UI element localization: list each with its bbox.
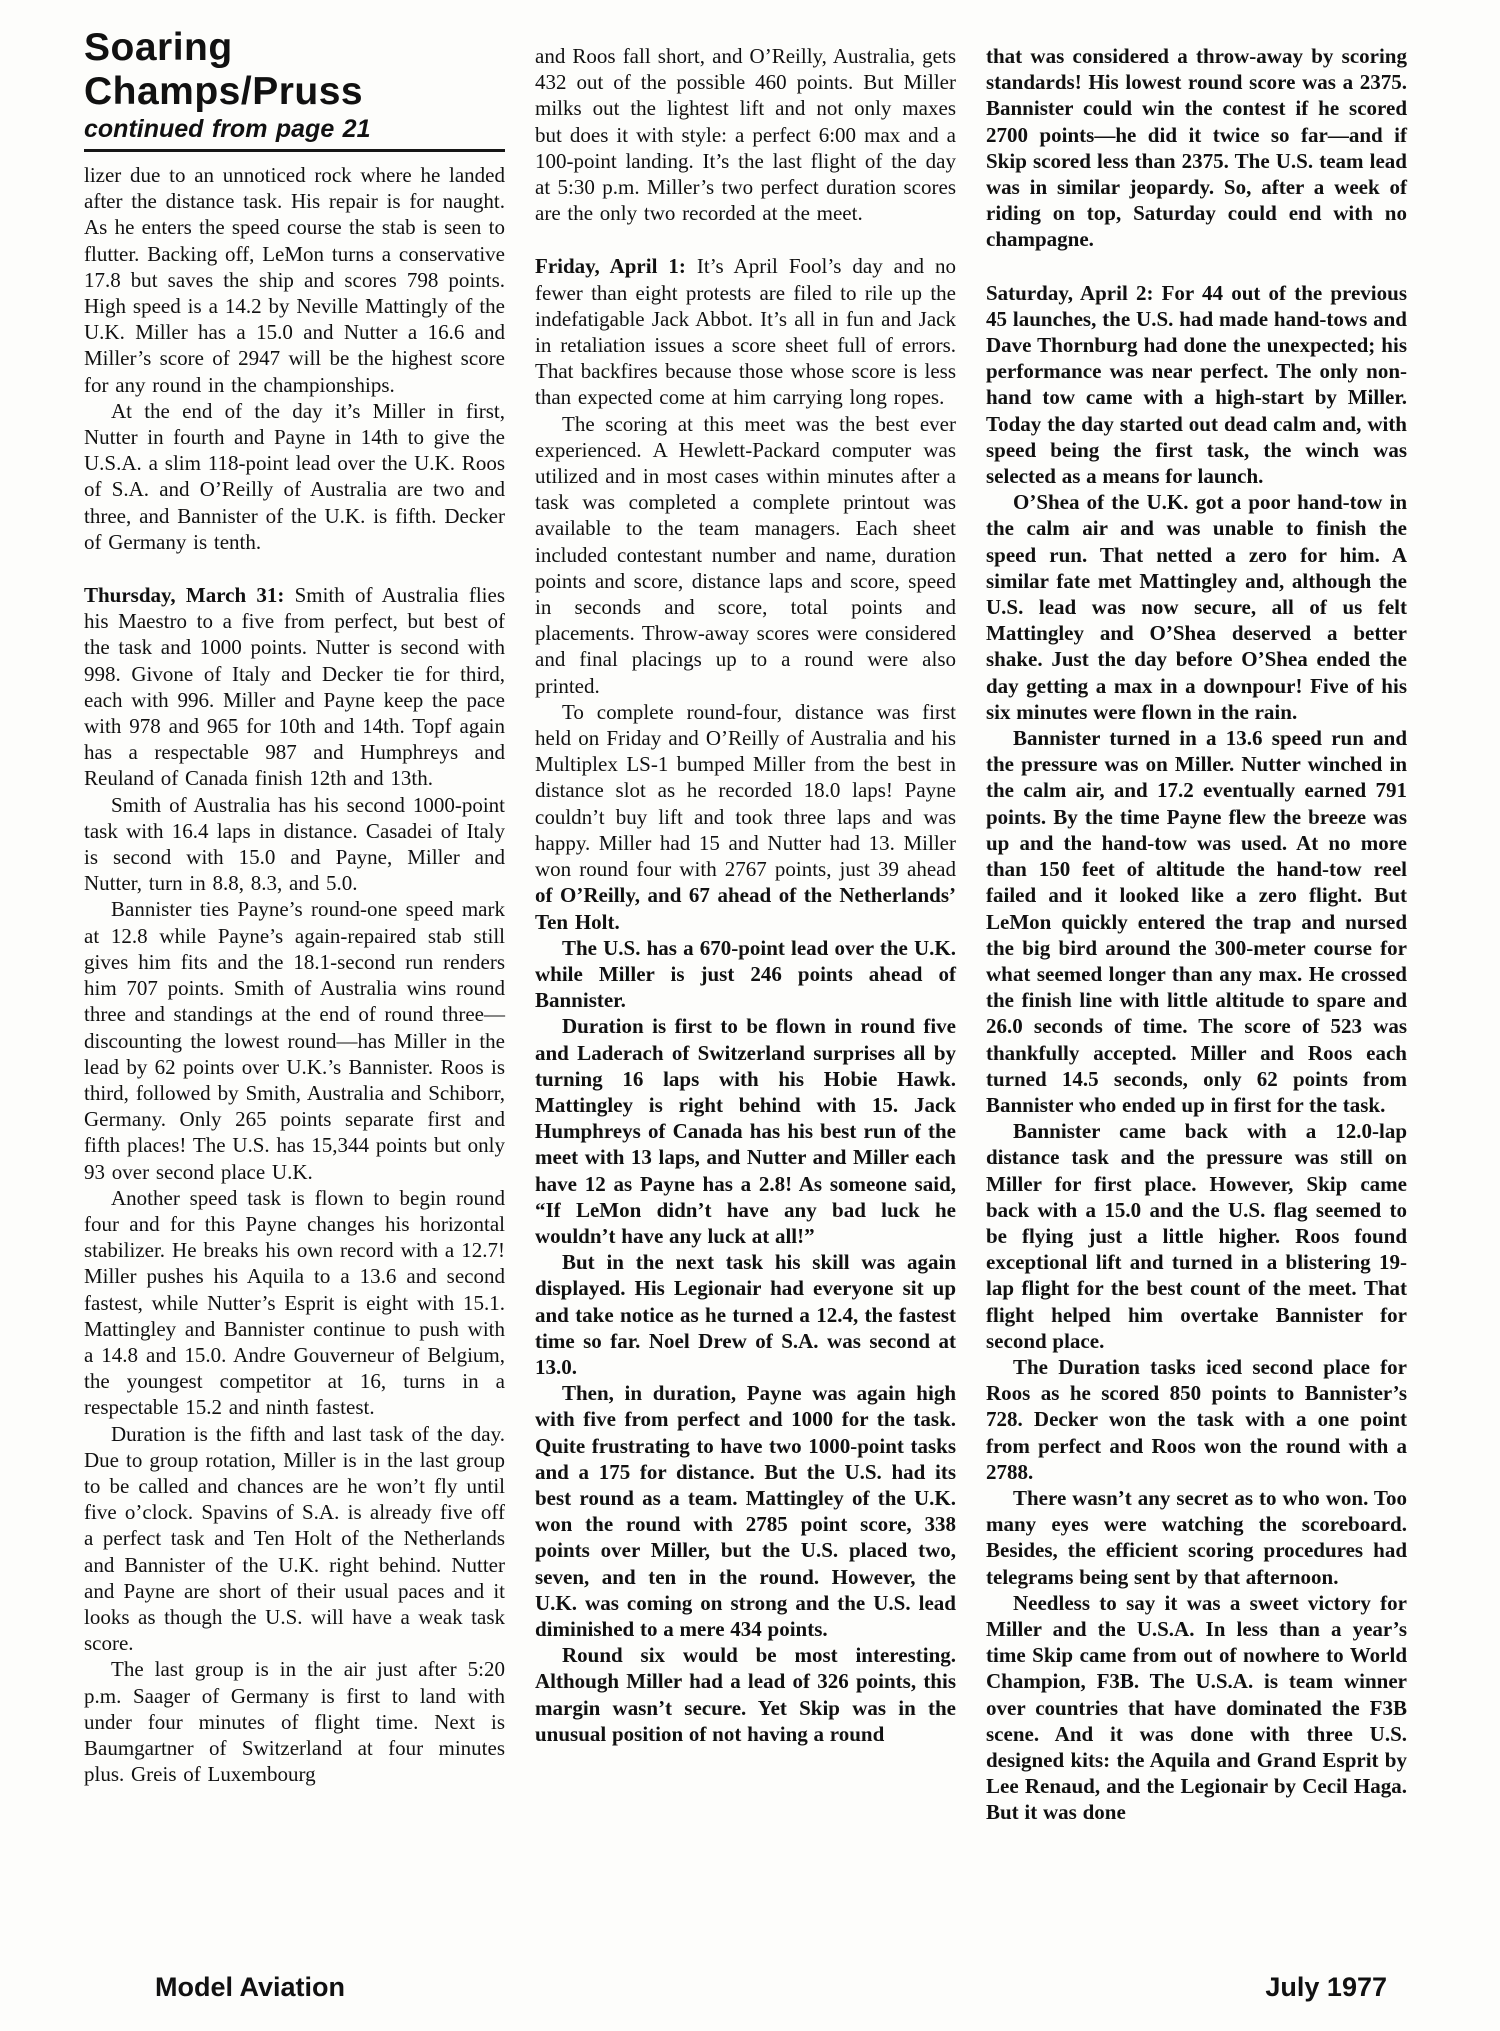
text-column-3: that was considered a throw-away by scor… xyxy=(986,26,1407,1826)
paragraph: and Roos fall short, and O’Reilly, Austr… xyxy=(535,43,956,226)
article-columns: Soaring Champs/Pruss continued from page… xyxy=(84,26,1500,1826)
article-header: Soaring Champs/Pruss continued from page… xyxy=(84,26,505,152)
paragraph: Bannister came back with a 12.0-lap dist… xyxy=(986,1118,1407,1354)
paragraph: O’Shea of the U.K. got a poor hand-tow i… xyxy=(986,489,1407,725)
date-lead: Friday, April 1: xyxy=(535,254,697,278)
paragraph: Bannister turned in a 13.6 speed run and… xyxy=(986,725,1407,1118)
paragraph: Then, in duration, Payne was again high … xyxy=(535,1380,956,1642)
paragraph: Thursday, March 31: Smith of Australia f… xyxy=(84,582,505,792)
magazine-name: Model Aviation xyxy=(84,1972,345,2003)
paragraph: that was considered a throw-away by scor… xyxy=(986,43,1407,253)
paragraph: lizer due to an unnoticed rock where he … xyxy=(84,162,505,398)
paragraph: The last group is in the air just after … xyxy=(84,1656,505,1787)
page-footer: Model Aviation July 1977 xyxy=(84,1972,1407,2003)
paragraph: The Duration tasks iced second place for… xyxy=(986,1354,1407,1485)
paragraph: Bannister ties Payne’s round-one speed m… xyxy=(84,896,505,1184)
continued-from-note: continued from page 21 xyxy=(84,114,505,145)
paragraph: But in the next task his skill was again… xyxy=(535,1249,956,1380)
bold-run-in: of O’Reilly, and 67 ahead of the Netherl… xyxy=(535,883,956,933)
text-column-2: and Roos fall short, and O’Reilly, Austr… xyxy=(535,26,956,1826)
paragraph: Another speed task is flown to begin rou… xyxy=(84,1185,505,1421)
date-lead: Thursday, March 31: xyxy=(84,583,295,607)
text-column-1: Soaring Champs/Pruss continued from page… xyxy=(84,26,505,1826)
paragraph: Smith of Australia has his second 1000-p… xyxy=(84,792,505,897)
column-1-body: lizer due to an unnoticed rock where he … xyxy=(84,162,505,1787)
header-rule xyxy=(84,149,505,152)
paragraph: At the end of the day it’s Miller in fir… xyxy=(84,398,505,555)
paragraph: The U.S. has a 670-point lead over the U… xyxy=(535,935,956,1014)
magazine-page: Soaring Champs/Pruss continued from page… xyxy=(0,0,1500,2031)
paragraph: Needless to say it was a sweet victory f… xyxy=(986,1590,1407,1826)
paragraph: To complete round-four, distance was fir… xyxy=(535,699,956,935)
article-title: Soaring Champs/Pruss xyxy=(84,26,505,114)
paragraph: Friday, April 1: It’s April Fool’s day a… xyxy=(535,253,956,410)
paragraph: There wasn’t any secret as to who won. T… xyxy=(986,1485,1407,1590)
paragraph: Saturday, April 2: For 44 out of the pre… xyxy=(986,280,1407,490)
paragraph: Duration is first to be flown in round f… xyxy=(535,1013,956,1249)
paragraph: Round six would be most interesting. Alt… xyxy=(535,1642,956,1747)
paragraph: The scoring at this meet was the best ev… xyxy=(535,411,956,699)
date-lead: Saturday, April 2: xyxy=(986,281,1162,305)
paragraph: Duration is the fifth and last task of t… xyxy=(84,1421,505,1657)
issue-date: July 1977 xyxy=(1265,1972,1407,2003)
